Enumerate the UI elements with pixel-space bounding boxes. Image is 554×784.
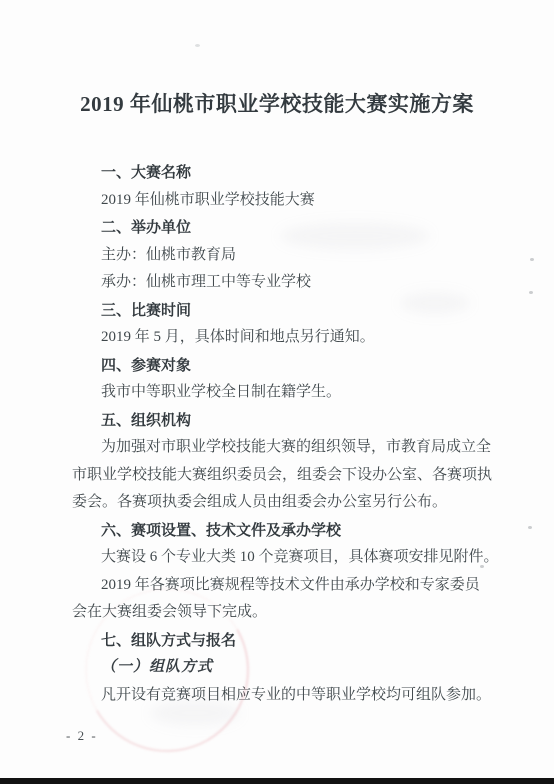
- section-heading-2: 二、举办单位: [72, 214, 492, 242]
- body-line: 市职业学校技能大赛组织委员会，组委会下设办公室、各赛项执: [72, 462, 492, 490]
- body-line: 2019 年仙桃市职业学校技能大赛: [72, 187, 492, 215]
- scan-speck: [480, 565, 484, 568]
- scan-speck: [528, 526, 532, 529]
- section-heading-4: 四、参赛对象: [72, 352, 492, 380]
- scanned-document-page: 2019 年仙桃市职业学校技能大赛实施方案 一、大赛名称 2019 年仙桃市职业…: [0, 0, 554, 784]
- section-heading-6: 六、赛项设置、技术文件及承办学校: [72, 517, 492, 545]
- scan-speck: [195, 44, 200, 47]
- scan-bottom-edge: [0, 778, 554, 784]
- document-title: 2019 年仙桃市职业学校技能大赛实施方案: [0, 90, 554, 118]
- body-line: 大赛设 6 个专业大类 10 个竞赛项目，具体赛项安排见附件。: [72, 544, 492, 572]
- section-heading-1: 一、大赛名称: [72, 159, 492, 187]
- scan-speck: [529, 291, 533, 294]
- section-heading-5: 五、组织机构: [72, 407, 492, 435]
- page-number: - 2 -: [66, 727, 98, 745]
- body-line: 委会。各赛项执委会组成人员由组委会办公室另行公布。: [72, 489, 492, 517]
- body-line: 主办：仙桃市教育局: [72, 242, 492, 270]
- section-heading-3: 三、比赛时间: [72, 297, 492, 325]
- body-line: 为加强对市职业学校技能大赛的组织领导，市教育局成立全: [72, 434, 492, 462]
- body-line: 承办：仙桃市理工中等专业学校: [72, 269, 492, 297]
- body-line: 我市中等职业学校全日制在籍学生。: [72, 379, 492, 407]
- scan-speck: [530, 258, 534, 261]
- body-line: 2019 年 5 月，具体时间和地点另行通知。: [72, 324, 492, 352]
